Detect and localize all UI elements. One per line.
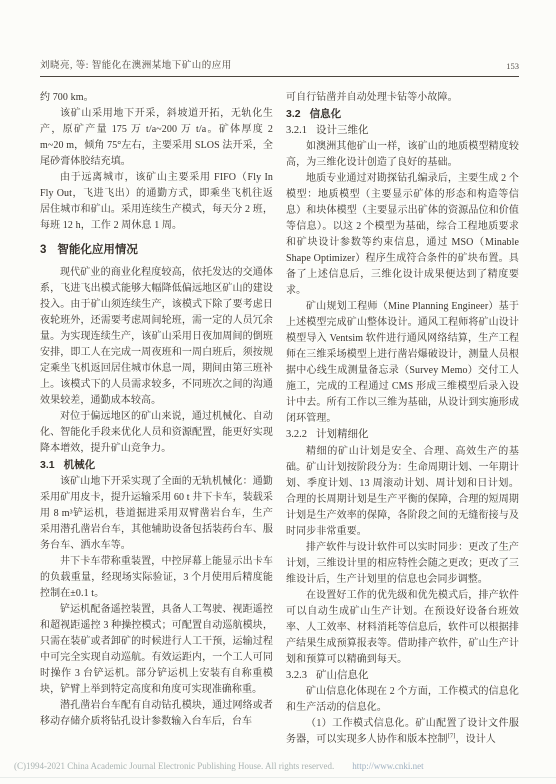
- left-column: 约 700 km。 该矿山采用地下开采，斜坡道开拓，无轨化生产，原矿产量 175…: [40, 90, 273, 748]
- subsubsection-number: 3.2.1: [286, 125, 307, 136]
- copyright-footer: (C)1994-2021 China Academic Journal Elec…: [14, 761, 542, 771]
- section-title: 智能化应用情况: [57, 244, 138, 256]
- paragraph: 约 700 km。: [40, 90, 273, 106]
- subsection-heading: 3.1机械化: [40, 457, 273, 474]
- subsection-title: 机械化: [64, 459, 96, 471]
- paragraph: 由于远离城市，该矿山主要采用 FIFO（Fly In Fly Out，飞进飞出）…: [40, 170, 273, 234]
- right-column: 可自行钻凿并自动处理卡钻等小故障。 3.2信息化 3.2.1设计三维化 如澳洲其…: [286, 90, 519, 748]
- subsubsection-number: 3.2.2: [286, 429, 307, 440]
- paragraph-text: ，设计人: [456, 734, 496, 745]
- section-number: 3: [40, 244, 46, 256]
- subsubsection-title: 计划精细化: [316, 429, 369, 440]
- section-heading: 3智能化应用情况: [40, 242, 273, 258]
- paragraph: 矿山信息化体现在 2 个方面，工作模式的信息化和生产活动的信息化。: [286, 684, 519, 716]
- running-header: 刘晓亮, 等: 智能化在澳洲某地下矿山的应用 153: [40, 57, 519, 77]
- paragraph: 地质专业通过对勘探钻孔编录后，主要生成 2 个模型：地质模型（主要显示矿体的形态…: [286, 171, 519, 299]
- paragraph: 排产软件与设计软件可以实时同步：更改了生产计划，三维设计里的相应特性会随之更改；…: [286, 540, 519, 588]
- citation-ref: [7]: [448, 733, 456, 740]
- subsubsection-heading: 3.2.1设计三维化: [286, 123, 519, 140]
- body-columns: 约 700 km。 该矿山采用地下开采，斜坡道开拓，无轨化生产，原矿产量 175…: [40, 90, 519, 748]
- cnki-url: http://www.cnki.net: [352, 761, 423, 771]
- subsubsection-title: 设计三维化: [316, 125, 369, 136]
- paragraph: 该矿山地下开采实现了全面的无轨机械化：通勤采用矿用皮卡，提升运输采用 60 t …: [40, 474, 273, 554]
- bottom-scan-edge: [0, 777, 556, 778]
- paragraph: 对位于偏远地区的矿山来说，通过机械化、自动化、智能化手段来优化人员和资源配置，能…: [40, 409, 273, 457]
- paragraph: 矿山规划工程师（Mine Planning Engineer）基于上述模型完成矿…: [286, 299, 519, 427]
- page-number: 153: [506, 61, 519, 71]
- subsection-number: 3.1: [40, 459, 55, 471]
- paragraph: 现代矿业的商业化程度较高，依托发达的交通体系，飞进飞出模式能够大幅降低偏远地区矿…: [40, 265, 273, 409]
- paper-page: 刘晓亮, 等: 智能化在澳洲某地下矿山的应用 153 约 700 km。 该矿山…: [0, 0, 556, 784]
- subsubsection-title: 矿山信息化: [316, 670, 369, 681]
- paragraph: 井下卡车带称重装置，中控屏幕上能显示出卡车的负载重量，经现场实际验证，3 个月使…: [40, 554, 273, 602]
- paragraph: 铲运机配备遥控装置，具备人工驾驶、视距遥控和超视距遥控 3 种操控模式；可配置自…: [40, 602, 273, 698]
- subsubsection-number: 3.2.3: [286, 670, 307, 681]
- running-title: 刘晓亮, 等: 智能化在澳洲某地下矿山的应用: [40, 57, 232, 71]
- paragraph-with-citation: （1）工作模式信息化。矿山配置了设计文件服务器，可以实现多人协作和版本控制[7]…: [286, 716, 519, 748]
- subsubsection-heading: 3.2.3矿山信息化: [286, 668, 519, 685]
- paragraph: 该矿山采用地下开采，斜坡道开拓，无轨化生产，原矿产量 175 万 t/a~200…: [40, 106, 273, 170]
- subsubsection-heading: 3.2.2计划精细化: [286, 427, 519, 444]
- subsection-number: 3.2: [286, 108, 301, 120]
- paragraph: 如澳洲其他矿山一样，该矿山的地质模型精度较高，为三维化设计创造了良好的基础。: [286, 139, 519, 171]
- paragraph: 潜孔凿岩台车配有自动钻孔模块，通过网络或者移动存储介质将钻孔设计参数输入台车后，…: [40, 698, 273, 730]
- subsection-title: 信息化: [310, 108, 342, 120]
- paragraph: 精细的矿山计划是安全、合理、高效生产的基础。矿山计划按阶段分为：生命周期计划、一…: [286, 444, 519, 540]
- paragraph: 在设置好工作的优先级和优先模式后，排产软件可以自动生成矿山生产计划。在预设好设备…: [286, 588, 519, 668]
- copyright-text: (C)1994-2021 China Academic Journal Elec…: [14, 761, 334, 771]
- paragraph: 可自行钻凿并自动处理卡钻等小故障。: [286, 90, 519, 106]
- subsection-heading: 3.2信息化: [286, 106, 519, 123]
